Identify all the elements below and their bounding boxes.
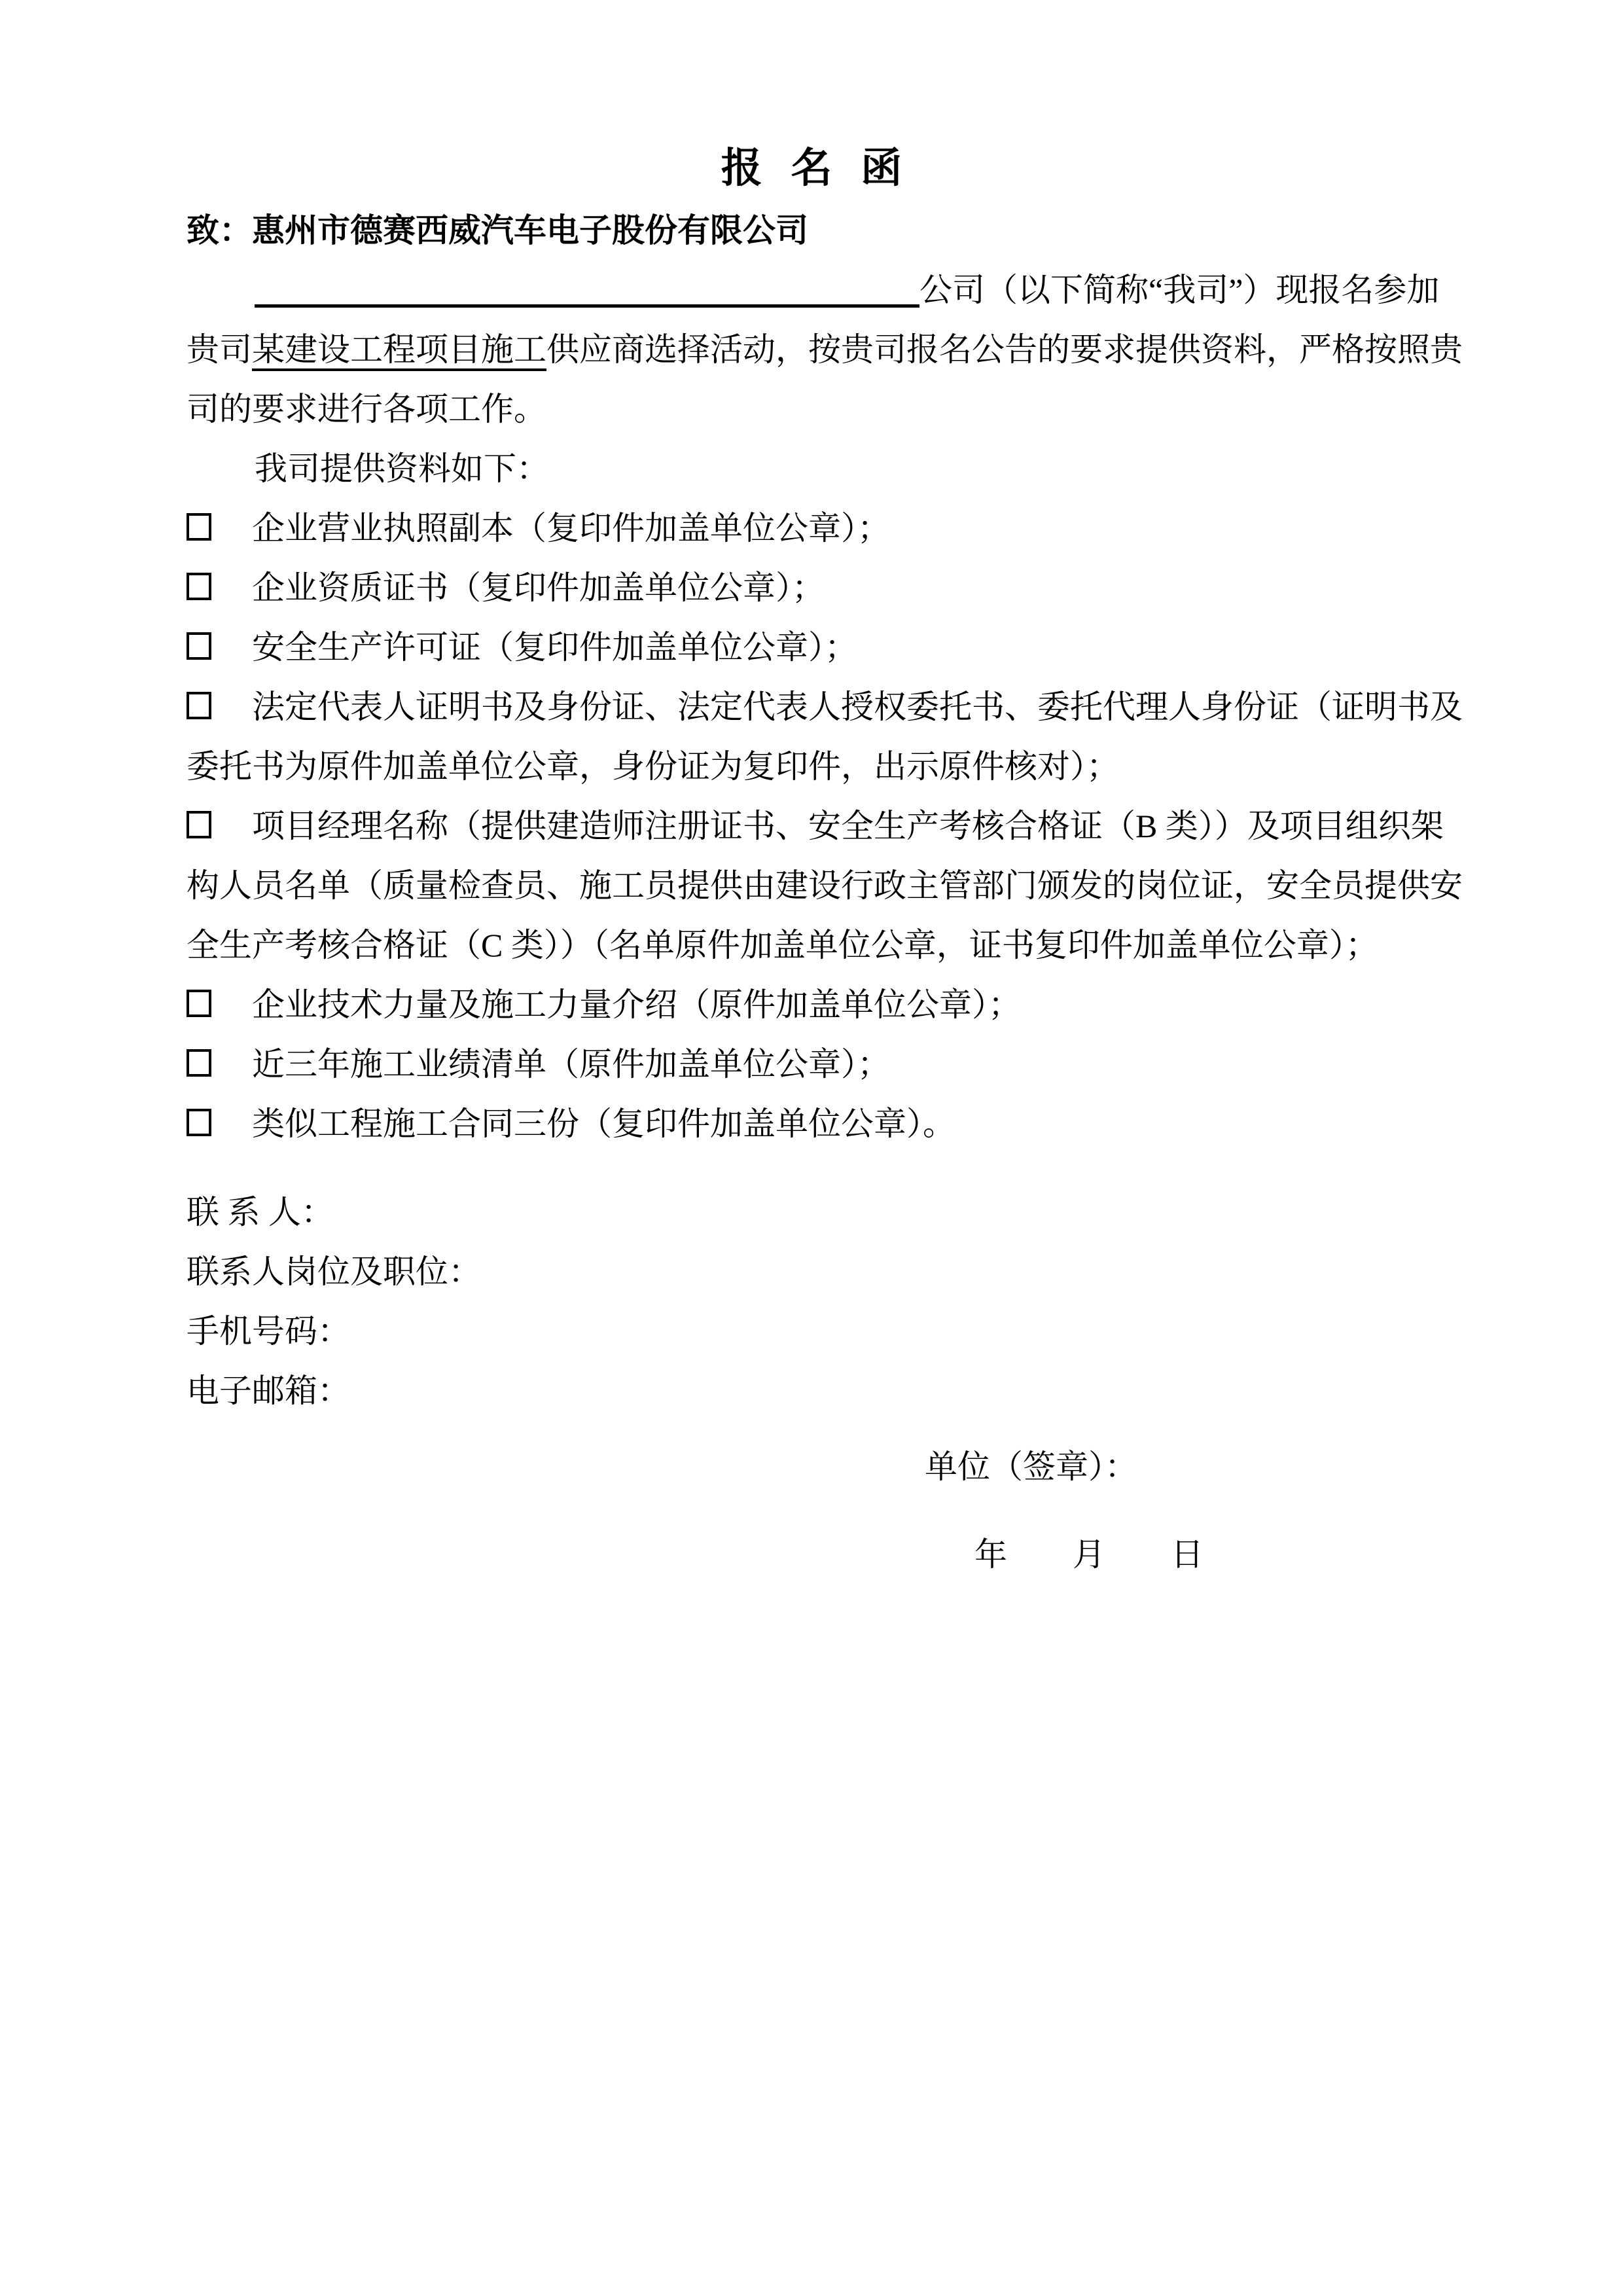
checklist: 企业营业执照副本（复印件加盖单位公章）；企业资质证书（复印件加盖单位公章）；安全… (187, 499, 1456, 1154)
checkbox[interactable] (187, 632, 211, 660)
document-title: 报 名 函 (0, 147, 1623, 190)
checklist-item-text: 安全生产许可证（复印件加盖单位公章）； (252, 629, 857, 666)
checklist-item-text: 企业营业执照副本（复印件加盖单位公章）； (252, 510, 890, 547)
signature-unit-label: 单位（签章）： (925, 1437, 1137, 1497)
checkbox[interactable] (187, 990, 211, 1017)
checklist-item: 企业资质证书（复印件加盖单位公章）； (187, 558, 1456, 618)
contact-field-label: 电子邮箱： (187, 1361, 481, 1421)
checklist-item-text: 近三年施工业绩清单（原件加盖单位公章）； (252, 1046, 890, 1083)
intro-line-1-text: 公司（以下简称“我司”）现报名参加 (919, 272, 1439, 308)
checkbox[interactable] (187, 692, 211, 719)
checkbox[interactable] (187, 513, 211, 541)
intro-line-3: 司的要求进行各项工作。 (187, 380, 1456, 439)
intro-line-2-post: 供应商选择活动，按贵司报名公告的要求提供资料，严格按照贵 (546, 331, 1463, 368)
contact-fields: 联 系 人：联系人岗位及职位：手机号码：电子邮箱： (187, 1183, 481, 1421)
intro-paragraph: 公司（以下简称“我司”）现报名参加 贵司某建设工程项目施工供应商选择活动，按贵司… (187, 260, 1456, 439)
checklist-item-continuation: 全生产考核合格证（C 类））（名单原件加盖单位公章，证书复印件加盖单位公章）； (187, 916, 1456, 975)
company-name-blank-field[interactable] (255, 274, 919, 308)
checklist-item: 法定代表人证明书及身份证、法定代表人授权委托书、委托代理人身份证（证明书及 (187, 677, 1456, 737)
checklist-item: 安全生产许可证（复印件加盖单位公章）； (187, 618, 1456, 677)
checkbox[interactable] (187, 1049, 211, 1077)
contact-field-label: 手机号码： (187, 1302, 481, 1361)
checklist-item: 项目经理名称（提供建造师注册证书、安全生产考核合格证（B 类））及项目组织架 (187, 797, 1456, 856)
checklist-item-text: 委托书为原件加盖单位公章，身份证为复印件，出示原件核对）； (187, 748, 1119, 785)
checklist-item-text: 企业技术力量及施工力量介绍（原件加盖单位公章）； (252, 986, 1021, 1023)
checklist-item-continuation: 构人员名单（质量检查员、施工员提供由建设行政主管部门颁发的岗位证，安全员提供安 (187, 856, 1456, 916)
list-header: 我司提供资料如下： (255, 439, 549, 499)
checklist-item-text: 项目经理名称（提供建造师注册证书、安全生产考核合格证（B 类））及项目组织架 (252, 808, 1444, 844)
checklist-item-text: 构人员名单（质量检查员、施工员提供由建设行政主管部门颁发的岗位证，安全员提供安 (187, 867, 1463, 904)
checkbox[interactable] (187, 573, 211, 600)
checklist-item-text: 企业资质证书（复印件加盖单位公章）； (252, 569, 825, 606)
intro-line-2: 贵司某建设工程项目施工供应商选择活动，按贵司报名公告的要求提供资料，严格按照贵 (187, 320, 1456, 380)
checklist-item: 企业营业执照副本（复印件加盖单位公章）； (187, 499, 1456, 558)
checklist-item: 企业技术力量及施工力量介绍（原件加盖单位公章）； (187, 975, 1456, 1035)
checkbox[interactable] (187, 811, 211, 838)
document-page: 报 名 函 致：惠州市德赛西威汽车电子股份有限公司 公司（以下简称“我司”）现报… (0, 0, 1623, 2296)
checklist-item-text: 全生产考核合格证（C 类））（名单原件加盖单位公章，证书复印件加盖单位公章）； (187, 927, 1378, 963)
checklist-item: 类似工程施工合同三份（复印件加盖单位公章）。 (187, 1094, 1456, 1154)
checklist-item: 近三年施工业绩清单（原件加盖单位公章）； (187, 1035, 1456, 1094)
project-name-underlined: 某建设工程项目施工 (252, 331, 546, 371)
contact-field-label: 联系人岗位及职位： (187, 1242, 481, 1302)
checklist-item-text: 法定代表人证明书及身份证、法定代表人授权委托书、委托代理人身份证（证明书及 (252, 689, 1463, 725)
contact-field-label: 联 系 人： (187, 1183, 481, 1242)
addressee-line: 致：惠州市德赛西威汽车电子股份有限公司 (187, 201, 808, 260)
intro-line-1: 公司（以下简称“我司”）现报名参加 (187, 260, 1456, 320)
intro-line-2-pre: 贵司 (187, 331, 252, 368)
signature-date-label: 年 月 日 (974, 1525, 1204, 1585)
checklist-item-text: 类似工程施工合同三份（复印件加盖单位公章）。 (252, 1105, 955, 1142)
checklist-item-continuation: 委托书为原件加盖单位公章，身份证为复印件，出示原件核对）； (187, 737, 1456, 797)
checkbox[interactable] (187, 1109, 211, 1136)
